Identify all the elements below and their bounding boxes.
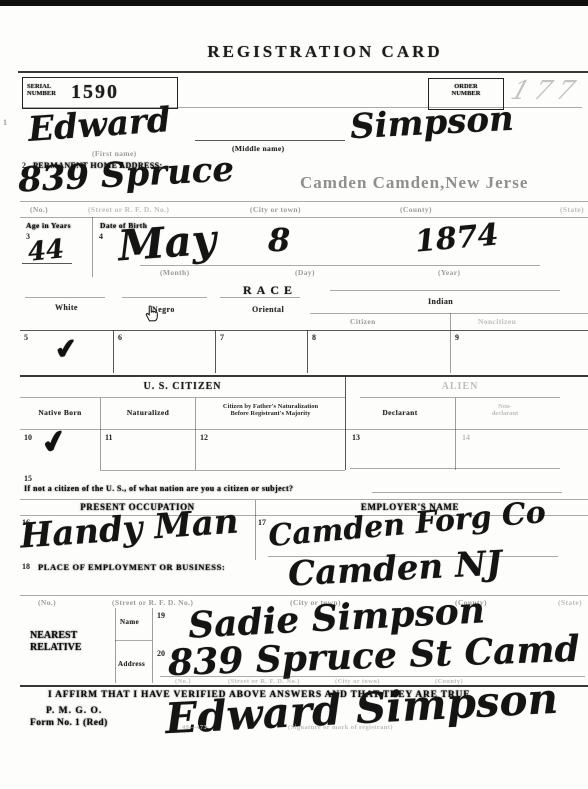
divider	[100, 470, 345, 471]
divider	[307, 330, 308, 373]
citizen-by-father-label: Citizen by Father's Naturalization Befor…	[198, 403, 343, 417]
divider	[20, 595, 588, 596]
divider	[215, 330, 216, 373]
alien-header: ALIEN	[390, 381, 530, 392]
serial-number-value: 1590	[71, 81, 119, 104]
citizen-cell-14: 14	[462, 433, 470, 442]
home-address-handwriting: 839 Spruce	[17, 152, 235, 197]
race-cell-8: 8	[312, 333, 316, 342]
signature-sublabel: (Signature or mark of registrant)	[288, 724, 393, 731]
race-oriental-label: Oriental	[252, 305, 284, 314]
place-of-employment-label: PLACE OF EMPLOYMENT OR BUSINESS:	[38, 562, 225, 572]
naturalized-label: Naturalized	[102, 408, 194, 417]
race-cell-7: 7	[220, 333, 224, 342]
order-number-label: ORDER NUMBER	[429, 83, 503, 98]
birth-day-handwriting: 8	[268, 224, 290, 256]
divider	[115, 640, 152, 641]
scan-edge-bar	[0, 0, 588, 6]
divider	[350, 468, 560, 469]
birth-year-handwriting: 1874	[414, 220, 500, 257]
last-name-handwriting: Simpson	[349, 102, 514, 145]
item-number-17: 17	[258, 518, 266, 527]
native-born-label: Native Born	[20, 408, 100, 417]
question-15-text: If not a citizen of the U. S., of what n…	[24, 484, 293, 493]
divider	[310, 313, 588, 314]
divider	[20, 217, 588, 218]
declarant-label: Declarant	[350, 408, 450, 417]
divider	[115, 608, 116, 683]
registration-card-scan: REGISTRATION CARD SERIAL NUMBER 1590 ORD…	[0, 0, 588, 789]
relative-address-label: Address	[118, 660, 145, 668]
item-number-1: 1	[3, 118, 7, 127]
street-sublabel: (Street or R. F. D. No.)	[228, 678, 300, 685]
middle-name-line	[195, 140, 345, 141]
divider	[20, 429, 588, 430]
divider	[18, 71, 588, 73]
age-line	[22, 263, 72, 264]
divider	[152, 608, 153, 683]
divider	[122, 297, 207, 298]
citizen-cell-13: 13	[352, 433, 360, 442]
divider	[330, 290, 560, 291]
first-name-handwriting: Edward	[27, 103, 172, 147]
no-sublabel: (No.)	[38, 598, 56, 607]
order-number-value: 177	[507, 76, 584, 106]
divider	[20, 201, 588, 202]
month-sublabel: (Month)	[160, 268, 189, 277]
item-number-18: 18	[22, 562, 30, 571]
divider	[255, 500, 256, 560]
print-code: 49—473	[182, 724, 207, 731]
race-cell-6: 6	[118, 333, 122, 342]
city-state-stamp: Camden Camden,New Jerse	[300, 173, 528, 193]
state-sublabel: (State)	[558, 598, 582, 607]
age-label: Age in Years	[26, 221, 71, 230]
citizen-cell-11: 11	[105, 433, 113, 442]
pmgo-label: P. M. G. O.	[46, 706, 102, 716]
divider	[20, 330, 588, 331]
race-indian-noncitizen-label: Noncitizen	[478, 317, 516, 326]
race-indian-citizen-label: Citizen	[350, 317, 376, 326]
divider	[25, 297, 105, 298]
divider	[20, 375, 588, 377]
citizen-cell-10: 10	[24, 433, 32, 442]
divider	[20, 397, 345, 398]
place-of-employment-handwriting: Camden NJ	[287, 546, 503, 591]
street-sublabel: (Street or R. F. D. No.)	[112, 598, 193, 607]
question-15-answer-line	[372, 492, 562, 493]
form-number-label: Form No. 1 (Red)	[30, 718, 108, 728]
non-declarant-label: Non- declarant	[460, 403, 550, 417]
divider	[92, 217, 93, 277]
age-handwriting: 44	[27, 236, 66, 266]
item-number-20: 20	[157, 649, 165, 658]
divider	[220, 297, 300, 298]
item-number-4: 4	[99, 232, 103, 241]
nearest-relative-label: NEAREST RELATIVE	[30, 630, 82, 654]
middle-name-label: (Middle name)	[232, 144, 285, 153]
street-sublabel: (Street or R. F. D. No.)	[88, 205, 169, 214]
no-sublabel: (No.)	[175, 678, 191, 685]
race-white-checkmark: ✔	[53, 335, 79, 365]
divider	[455, 398, 456, 470]
page-title: REGISTRATION CARD	[65, 42, 585, 62]
race-cell-5: 5	[24, 333, 28, 342]
race-indian-label: Indian	[428, 297, 453, 306]
race-cell-9: 9	[455, 333, 459, 342]
year-sublabel: (Year)	[438, 268, 460, 277]
item-number-19: 19	[157, 611, 165, 620]
divider	[113, 330, 114, 373]
serial-number-label: SERIAL NUMBER	[27, 83, 56, 98]
divider	[360, 397, 560, 398]
birth-month-handwriting: May	[117, 219, 218, 268]
item-number-15: 15	[24, 474, 32, 483]
relative-name-label: Name	[120, 618, 139, 626]
divider	[345, 375, 346, 470]
us-citizen-header: U. S. CITIZEN	[20, 381, 345, 392]
native-born-checkmark: ✔	[39, 425, 71, 460]
divider	[140, 265, 540, 266]
divider	[100, 398, 101, 470]
day-sublabel: (Day)	[295, 268, 315, 277]
race-white-label: White	[55, 303, 78, 312]
divider	[195, 398, 196, 470]
citizen-cell-12: 12	[200, 433, 208, 442]
county-sublabel: (County)	[400, 205, 432, 214]
no-sublabel: (No.)	[30, 205, 48, 214]
hand-cursor-icon	[141, 302, 163, 329]
state-sublabel: (State)	[560, 205, 584, 214]
divider	[450, 313, 451, 373]
city-sublabel: (City or town)	[250, 205, 301, 214]
